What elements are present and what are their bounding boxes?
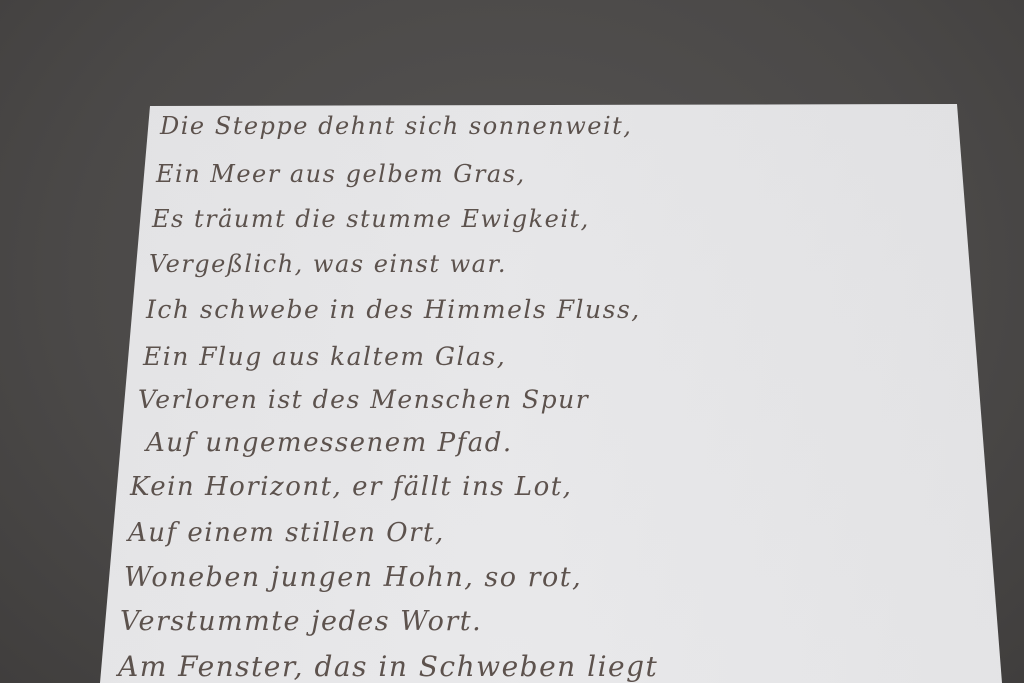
poem-line: Ein Meer aus gelbem Gras, [156, 160, 526, 188]
poem-line: Es träumt die stumme Ewigkeit, [152, 205, 590, 233]
photo-scene: Die Steppe dehnt sich sonnenweit, Ein Me… [0, 0, 1024, 683]
poem-line: Verloren ist des Menschen Spur [138, 385, 589, 414]
poem-line: Auf einem stillen Ort, [128, 518, 445, 548]
poem-line: Vergeßlich, was einst war. [149, 250, 507, 278]
poem-line: Woneben jungen Hohn, so rot, [124, 562, 582, 593]
poem-line: Ein Flug aus kaltem Glas, [143, 342, 506, 371]
poem-line: Ich schwebe in des Himmels Fluss, [146, 295, 641, 324]
handwritten-poem: Die Steppe dehnt sich sonnenweit, Ein Me… [0, 0, 1024, 683]
poem-line: Kein Horizont, er fällt ins Lot, [130, 472, 572, 502]
poem-line: Die Steppe dehnt sich sonnenweit, [160, 112, 632, 140]
poem-line: Auf ungemessenem Pfad. [146, 428, 513, 458]
poem-line: Am Fenster, das in Schweben liegt [118, 650, 658, 683]
poem-line: Verstummte jedes Wort. [120, 606, 482, 637]
